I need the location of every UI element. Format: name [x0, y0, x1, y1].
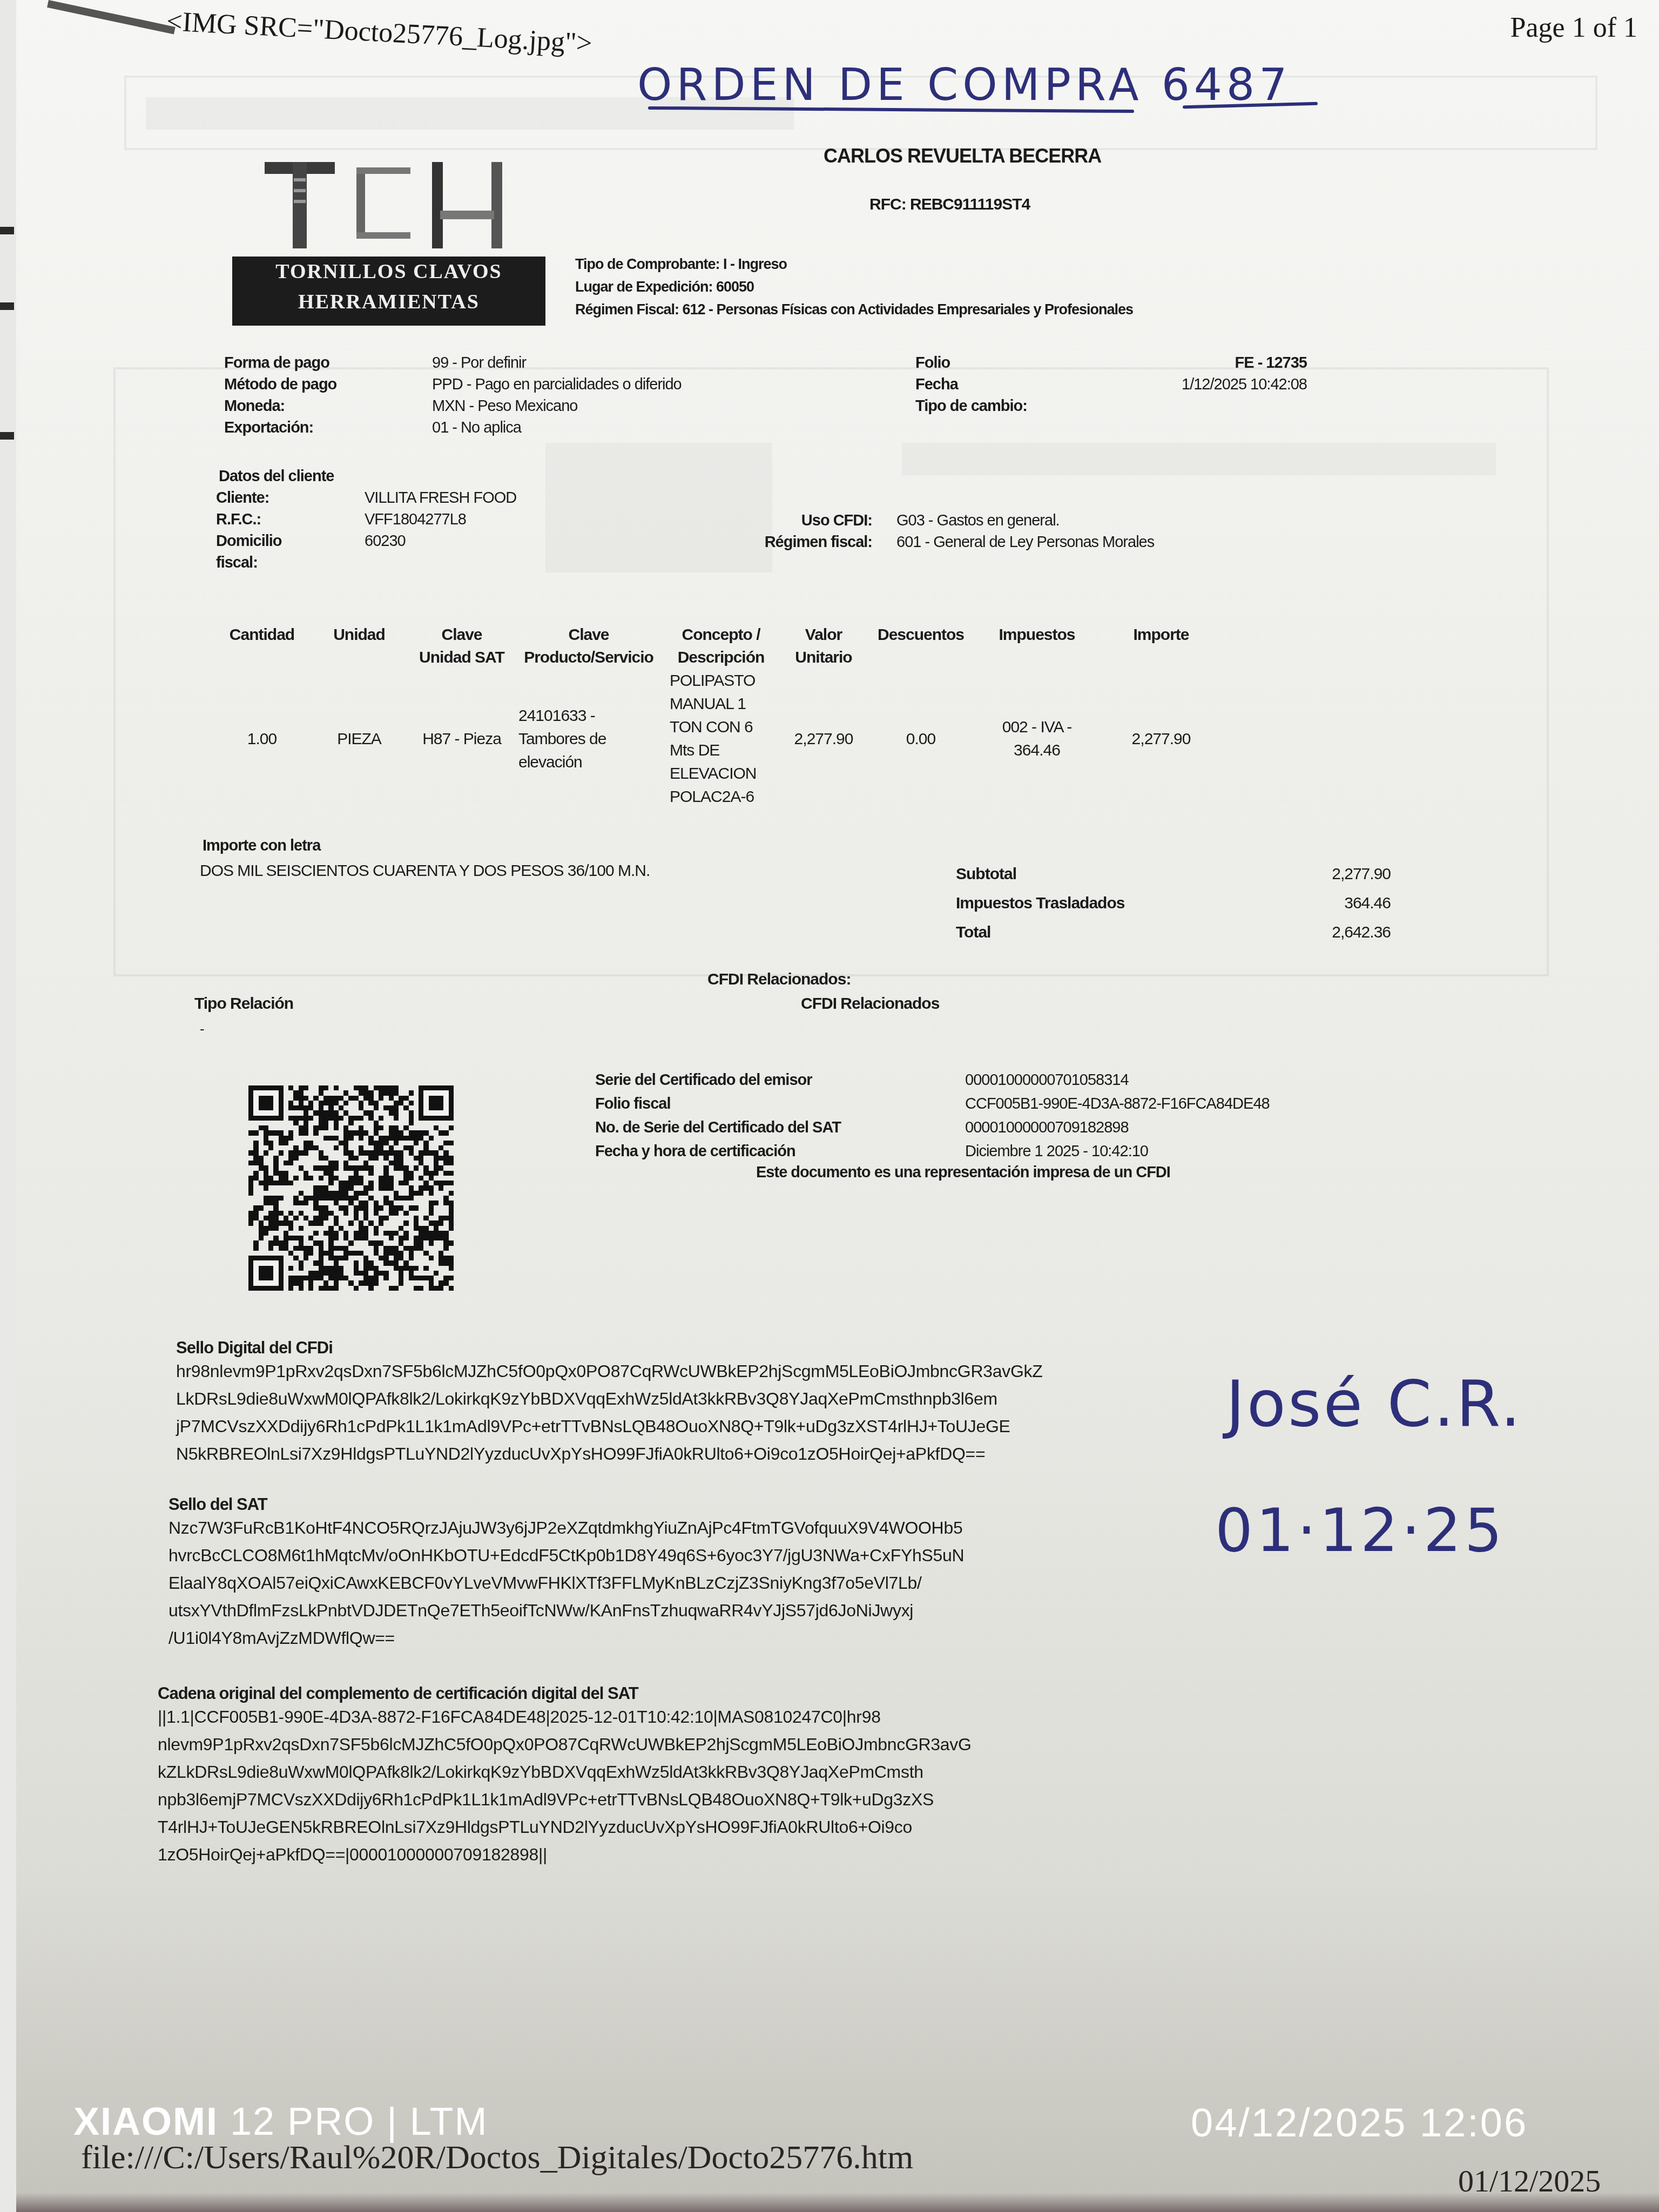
- cadena-title: Cadena original del complemento de certi…: [158, 1684, 972, 1703]
- client-values: VILLITA FRESH FOOD VFF1804277L8 60230: [365, 487, 516, 552]
- folio-label: Folio: [915, 352, 1027, 374]
- uso-labels: Uso CFDI: Régimen fiscal:: [748, 510, 872, 553]
- tipo-cambio-label: Tipo de cambio:: [915, 395, 1027, 417]
- bleed-through-text: [902, 443, 1496, 475]
- pencil: [47, 0, 176, 35]
- fecha-value: 1/12/2025 10:42:08: [1129, 374, 1307, 395]
- column-header: Concepto /Descripción: [664, 624, 778, 669]
- subtotal-value: 2,277.90: [1258, 860, 1391, 889]
- camera-model: 12 PRO | LTM: [218, 2100, 488, 2143]
- cert-date-value: Diciembre 1 2025 - 10:42:10: [965, 1139, 1270, 1163]
- metodo-pago-value: PPD - Pago en parcialidades o diferido: [432, 374, 682, 395]
- logo-line-1: TORNILLOS CLAVOS: [232, 257, 545, 287]
- rfc-value: VFF1804277L8: [365, 509, 516, 530]
- taxes-label: Impuestos Trasladados: [956, 889, 1124, 918]
- cell-unidad: PIEZA: [308, 669, 410, 808]
- page-indicator: Page 1 of 1: [1510, 12, 1637, 44]
- sello-digital-cfdi: Sello Digital del CFDi hr98nlevm9P1pRxv2…: [176, 1338, 1042, 1468]
- certificate-values: 00001000000701058314 CCF005B1-990E-4D3A-…: [965, 1068, 1270, 1163]
- cell-importe: 2,277.90: [1102, 669, 1220, 808]
- handwritten-signature: José C.R.: [1226, 1366, 1523, 1441]
- fecha-label: Fecha: [915, 374, 1027, 395]
- bottom-shadow: [16, 2193, 1659, 2212]
- regimen-cliente-label: Régimen fiscal:: [748, 531, 872, 553]
- uso-cfdi-label: Uso CFDI:: [748, 510, 872, 531]
- cert-sat-value: 00001000000709182898: [965, 1116, 1270, 1139]
- print-file-url: file:///C:/Users/Raul%20R/Doctos_Digital…: [81, 2139, 913, 2177]
- column-header: Unidad: [308, 624, 410, 669]
- moneda-value: MXN - Peso Mexicano: [432, 395, 682, 417]
- folio-fiscal-label: Folio fiscal: [595, 1092, 841, 1116]
- invoice-paper: <IMG SRC="Docto25776_Log.jpg"> Page 1 of…: [16, 0, 1659, 2212]
- tch-logo-icon: [254, 157, 524, 248]
- total-value: 2,642.36: [1258, 918, 1391, 947]
- logo-line-2: HERRAMIENTAS: [232, 287, 545, 317]
- fiscal-label: fiscal:: [216, 552, 282, 574]
- tipo-relacion-column: Tipo Relación: [194, 995, 293, 1013]
- tipo-comprobante: Tipo de Comprobante: I - Ingreso: [575, 253, 1133, 275]
- regimen-fiscal-emisor: Régimen Fiscal: 612 - Personas Físicas c…: [575, 298, 1133, 321]
- column-header: ClaveUnidad SAT: [410, 624, 513, 669]
- client-labels: Cliente: R.F.C.: Domicilio fiscal:: [216, 487, 282, 574]
- column-header: Impuestos: [972, 624, 1102, 669]
- total-label: Total: [956, 918, 1124, 947]
- cadena-original: Cadena original del complemento de certi…: [158, 1684, 972, 1869]
- bleed-through-text: [545, 443, 772, 572]
- column-header: Cantidad: [216, 624, 308, 669]
- sello-cfdi-title: Sello Digital del CFDi: [176, 1338, 1042, 1358]
- taxes-value: 364.46: [1258, 889, 1391, 918]
- folio-labels: Folio Fecha Tipo de cambio:: [915, 352, 1027, 417]
- cell-impuestos: 002 - IVA -364.46: [972, 669, 1102, 808]
- uso-values: G03 - Gastos en general. 601 - General d…: [896, 510, 1154, 553]
- exportacion-value: 01 - No aplica: [432, 417, 682, 439]
- cell-clave-unidad: H87 - Pieza: [410, 669, 513, 808]
- column-header: Importe: [1102, 624, 1220, 669]
- forma-pago-value: 99 - Por definir: [432, 352, 682, 374]
- lugar-expedicion: Lugar de Expedición: 60050: [575, 275, 1133, 298]
- issuer-rfc: RFC: REBC911119ST4: [869, 195, 1030, 214]
- sello-sat-text: Nzc7W3FuRcB1KoHtF4NCO5RQrzJAjuJW3y6jJP2e…: [168, 1514, 964, 1652]
- payment-labels: Forma de pago Método de pago Moneda: Exp…: [224, 352, 336, 439]
- cell-descuentos: 0.00: [869, 669, 972, 808]
- cert-date-label: Fecha y hora de certificación: [595, 1139, 841, 1163]
- related-cfdi-heading: CFDI Relacionados:: [707, 970, 851, 989]
- camera-watermark: XIAOMI 12 PRO | LTM: [73, 2100, 488, 2144]
- table-row: 1.00PIEZAH87 - Pieza24101633 -Tambores d…: [216, 669, 1220, 808]
- folio-values: FE - 12735 1/12/2025 10:42:08: [1129, 352, 1307, 395]
- cfdi-note: Este documento es una representación imp…: [756, 1164, 1170, 1182]
- exportacion-label: Exportación:: [224, 417, 336, 439]
- column-header: ClaveProducto/Servicio: [513, 624, 664, 669]
- amount-in-words: DOS MIL SEISCIENTOS CUARENTA Y DOS PESOS…: [200, 862, 650, 880]
- column-header: Descuentos: [869, 624, 972, 669]
- edge-mark: [0, 432, 14, 440]
- edge-mark: [0, 302, 14, 310]
- cell-concepto: POLIPASTOMANUAL 1TON CON 6Mts DEELEVACIO…: [664, 669, 778, 808]
- cell-cantidad: 1.00: [216, 669, 308, 808]
- cliente-label: Cliente:: [216, 487, 282, 509]
- sello-cfdi-text: hr98nlevm9P1pRxv2qsDxn7SF5b6lcMJZhC5fO0p…: [176, 1358, 1042, 1468]
- cert-emisor-value: 00001000000701058314: [965, 1068, 1270, 1092]
- payment-values: 99 - Por definir PPD - Pago en parcialid…: [432, 352, 682, 439]
- column-header: ValorUnitario: [778, 624, 869, 669]
- items-body: 1.00PIEZAH87 - Pieza24101633 -Tambores d…: [216, 669, 1220, 808]
- cert-emisor-label: Serie del Certificado del emisor: [595, 1068, 841, 1092]
- sello-sat: Sello del SAT Nzc7W3FuRcB1KoHtF4NCO5RQrz…: [168, 1495, 964, 1652]
- folio-value: FE - 12735: [1129, 352, 1307, 374]
- qr-code-icon: [248, 1085, 454, 1291]
- cliente-value: VILLITA FRESH FOOD: [365, 487, 516, 509]
- tipo-relacion-value: -: [200, 1021, 205, 1037]
- camera-timestamp: 04/12/2025 12:06: [1191, 2100, 1528, 2146]
- subtotal-label: Subtotal: [956, 860, 1124, 889]
- handwritten-date: 01·12·25: [1215, 1496, 1506, 1565]
- issuer-name: CARLOS REVUELTA BECERRA: [824, 145, 1101, 167]
- handwritten-purchase-order: ORDEN DE COMPRA 6487: [637, 59, 1291, 111]
- client-section-title: Datos del cliente: [219, 466, 334, 487]
- items-table: CantidadUnidadClaveUnidad SATClaveProduc…: [216, 624, 1220, 808]
- amount-in-words-title: Importe con letra: [203, 837, 320, 855]
- moneda-label: Moneda:: [224, 395, 336, 417]
- domicilio-label: Domicilio: [216, 530, 282, 552]
- items-header-row: CantidadUnidadClaveUnidad SATClaveProduc…: [216, 624, 1220, 669]
- folio-fiscal-value: CCF005B1-990E-4D3A-8872-F16FCA84DE48: [965, 1092, 1270, 1116]
- issuer-info: Tipo de Comprobante: I - Ingreso Lugar d…: [575, 253, 1133, 321]
- cell-clave-producto: 24101633 -Tambores deelevación: [513, 669, 664, 808]
- cfdi-relacionados-column: CFDI Relacionados: [801, 995, 939, 1013]
- rfc-label: R.F.C.:: [216, 509, 282, 530]
- logo-banner: TORNILLOS CLAVOS HERRAMIENTAS: [232, 257, 545, 326]
- cell-valor-unitario: 2,277.90: [778, 669, 869, 808]
- edge-mark: [0, 227, 14, 234]
- totals-values: 2,277.90 364.46 2,642.36: [1258, 860, 1391, 947]
- regimen-cliente-value: 601 - General de Ley Personas Morales: [896, 531, 1154, 553]
- camera-brand: XIAOMI: [73, 2100, 218, 2143]
- cadena-text: ||1.1|CCF005B1-990E-4D3A-8872-F16FCA84DE…: [158, 1703, 972, 1869]
- certificate-labels: Serie del Certificado del emisor Folio f…: [595, 1068, 841, 1163]
- sello-sat-title: Sello del SAT: [168, 1495, 964, 1514]
- uso-cfdi-value: G03 - Gastos en general.: [896, 510, 1154, 531]
- image-source-tag: <IMG SRC="Docto25776_Log.jpg">: [166, 5, 593, 59]
- metodo-pago-label: Método de pago: [224, 374, 336, 395]
- forma-pago-label: Forma de pago: [224, 352, 336, 374]
- domicilio-value: 60230: [365, 530, 516, 552]
- cert-sat-label: No. de Serie del Certificado del SAT: [595, 1116, 841, 1139]
- totals-labels: Subtotal Impuestos Trasladados Total: [956, 860, 1124, 947]
